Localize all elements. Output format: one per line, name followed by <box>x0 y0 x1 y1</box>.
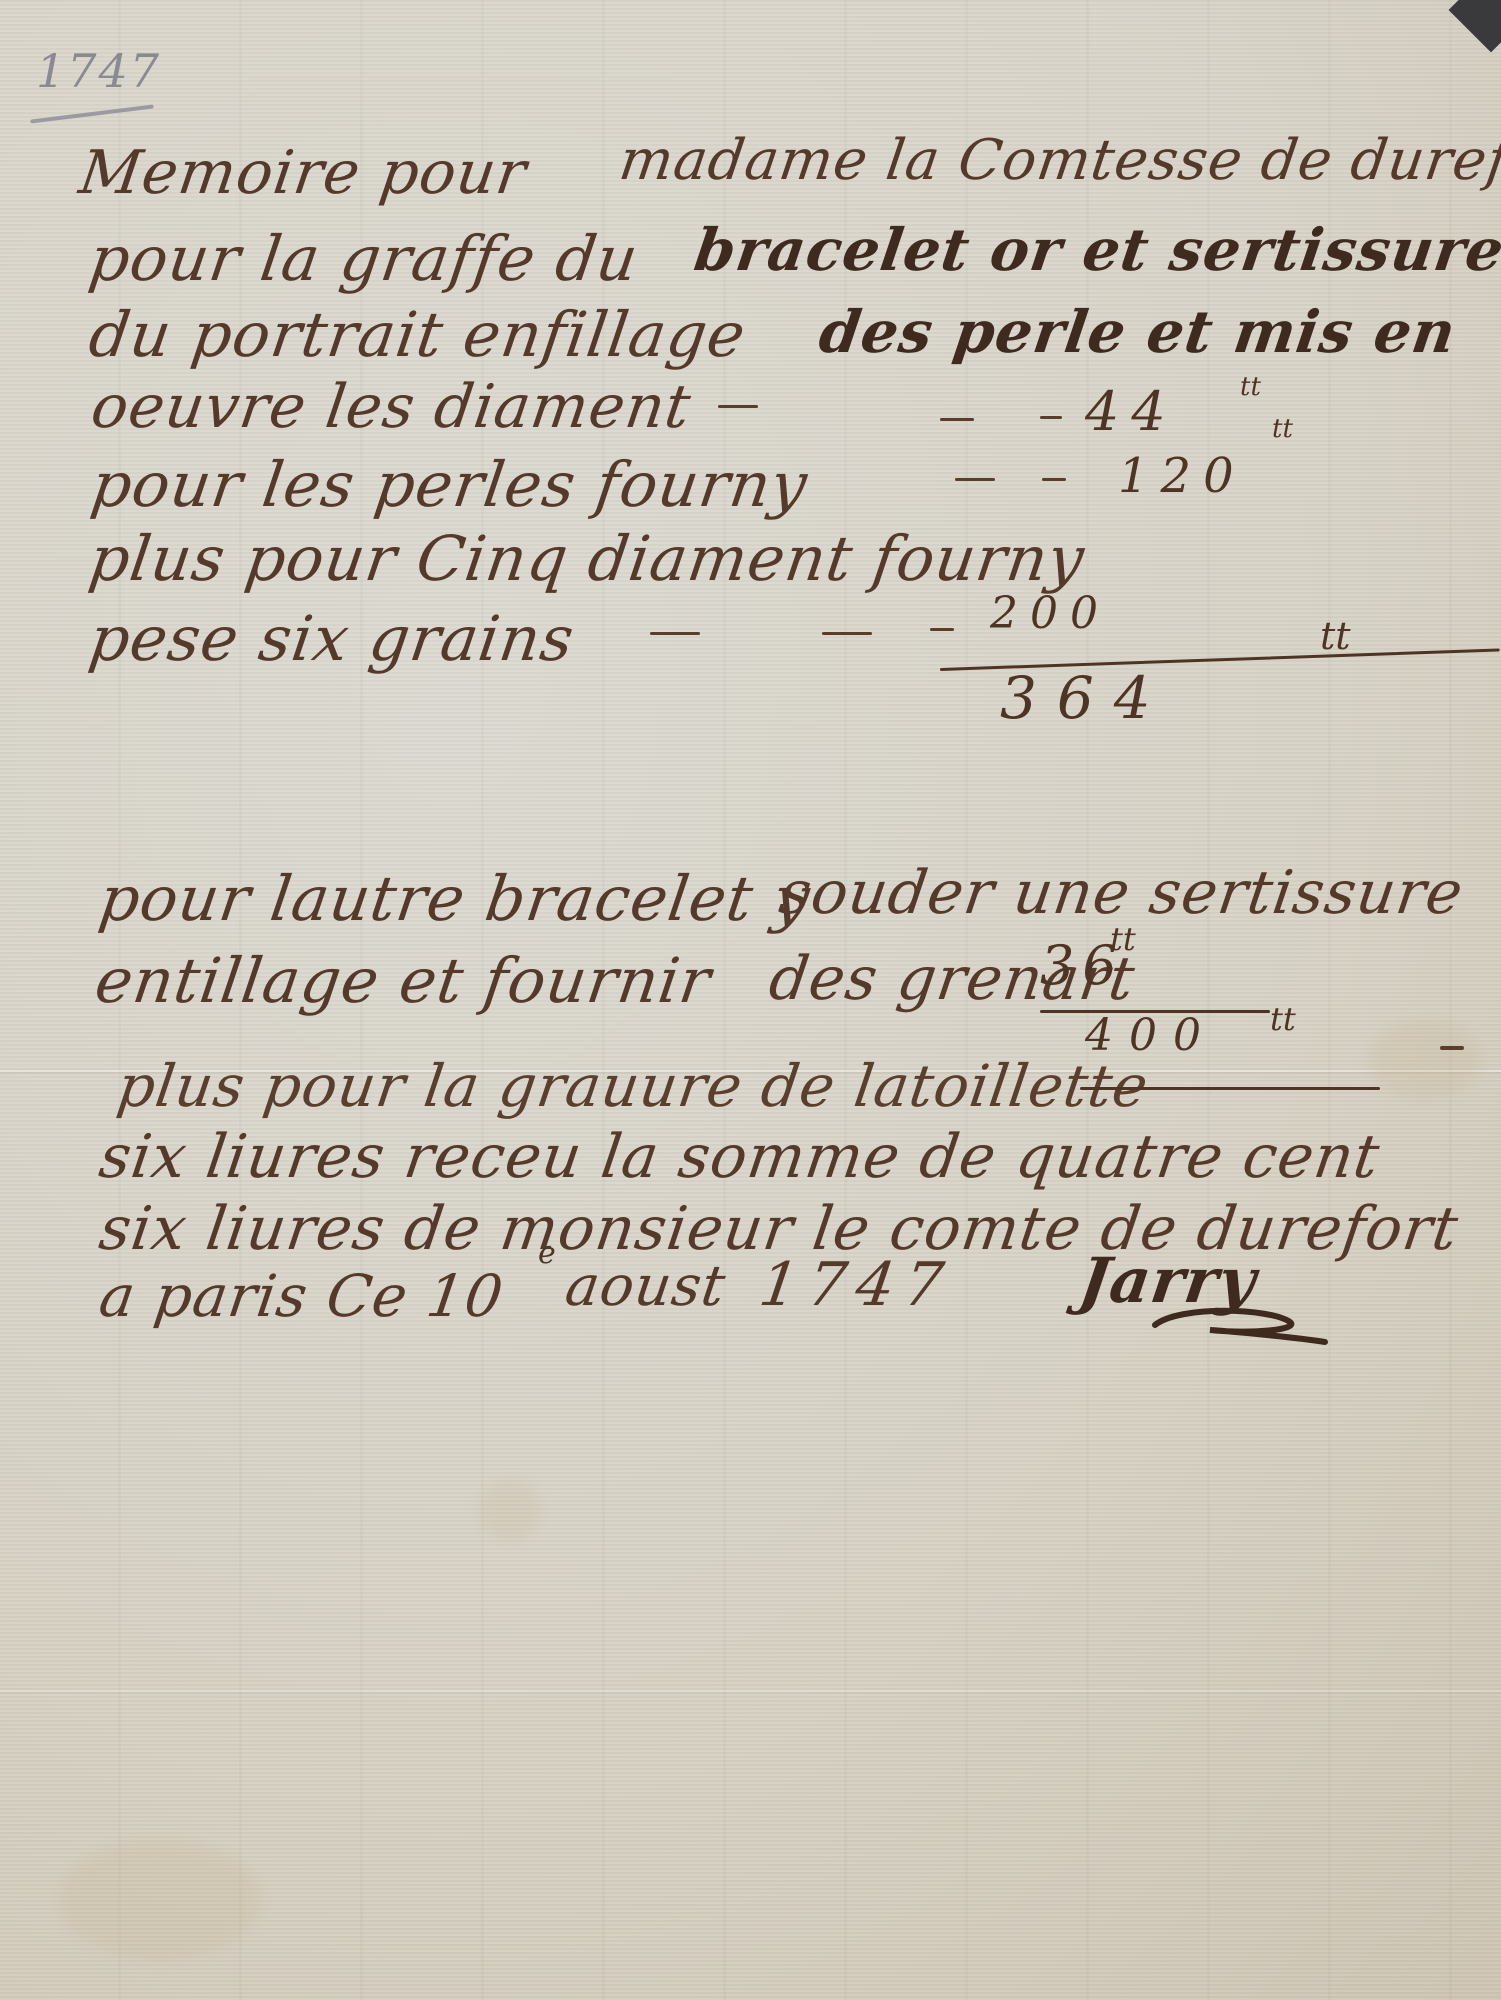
second-section-line-1a: pour lautre bracelet y <box>95 862 815 935</box>
item-description: plus pour Cinq diament fourny <box>85 522 1089 595</box>
archive-mark: 1747 <box>36 44 161 98</box>
leader-dash <box>718 405 758 408</box>
fold-crease <box>0 1690 1501 1692</box>
manuscript-page: 1747 Memoire pour madame la Comtesse de … <box>0 0 1501 2000</box>
item-description: pese six grains <box>85 602 579 675</box>
leader-dash <box>822 632 872 635</box>
leader-dash <box>930 628 954 631</box>
paper-stain <box>60 1840 260 1960</box>
item-unit: tt <box>1240 372 1261 402</box>
memoire-line-3b: des perle et mis en <box>815 298 1460 366</box>
receipt-line-2: six liures receu la somme de quatre cent <box>95 1122 1384 1192</box>
memoire-line-2a: pour la graffe du <box>85 222 643 295</box>
signature-flourish <box>1150 1300 1330 1350</box>
item-description: oeuvre les diament <box>87 372 695 442</box>
paper-stain <box>480 1480 540 1540</box>
paper-stain <box>1370 1020 1480 1100</box>
receipt-rule <box>1080 1087 1380 1090</box>
archive-mark-underline <box>30 104 154 123</box>
leader-dash <box>1042 478 1066 481</box>
memoire-title: Memoire pour <box>75 138 531 208</box>
second-section-line-2a: entillage et fournir <box>91 944 716 1017</box>
leader-dash <box>650 632 700 635</box>
memoire-line-3a: du portrait enfillage <box>85 298 751 371</box>
memoire-line-2b: bracelet or et sertissure <box>690 216 1501 284</box>
leader-dash <box>955 478 995 481</box>
second-section-line-1b: souder une sertissure <box>775 858 1468 928</box>
memoire-addressee: madame la Comtesse de durefort <box>615 128 1501 193</box>
page-corner <box>1449 0 1501 52</box>
item-amount: 200 <box>990 588 1110 639</box>
leader-dash <box>940 418 974 421</box>
grand-total-unit: tt <box>1270 1000 1296 1038</box>
second-section-unit: tt <box>1110 920 1136 958</box>
receipt-line-1: plus pour la grauure de latoillette <box>113 1052 1153 1120</box>
receipt-year: 1747 <box>755 1250 958 1320</box>
subtotal-amount: 364 <box>1000 664 1171 732</box>
item-amount: 120 <box>1118 448 1246 504</box>
leader-dash <box>1040 416 1062 419</box>
receipt-place-date: a paris Ce 10 <box>95 1262 508 1330</box>
item-unit: tt <box>1272 414 1293 444</box>
item-amount: 44 <box>1085 380 1178 443</box>
item-description: pour les perles fourny <box>87 448 812 521</box>
subtotal-unit: tt <box>1320 614 1351 658</box>
receipt-month: aoust <box>561 1254 730 1319</box>
receipt-date-superscript: e <box>538 1236 556 1271</box>
ink-blot <box>1440 1046 1464 1050</box>
